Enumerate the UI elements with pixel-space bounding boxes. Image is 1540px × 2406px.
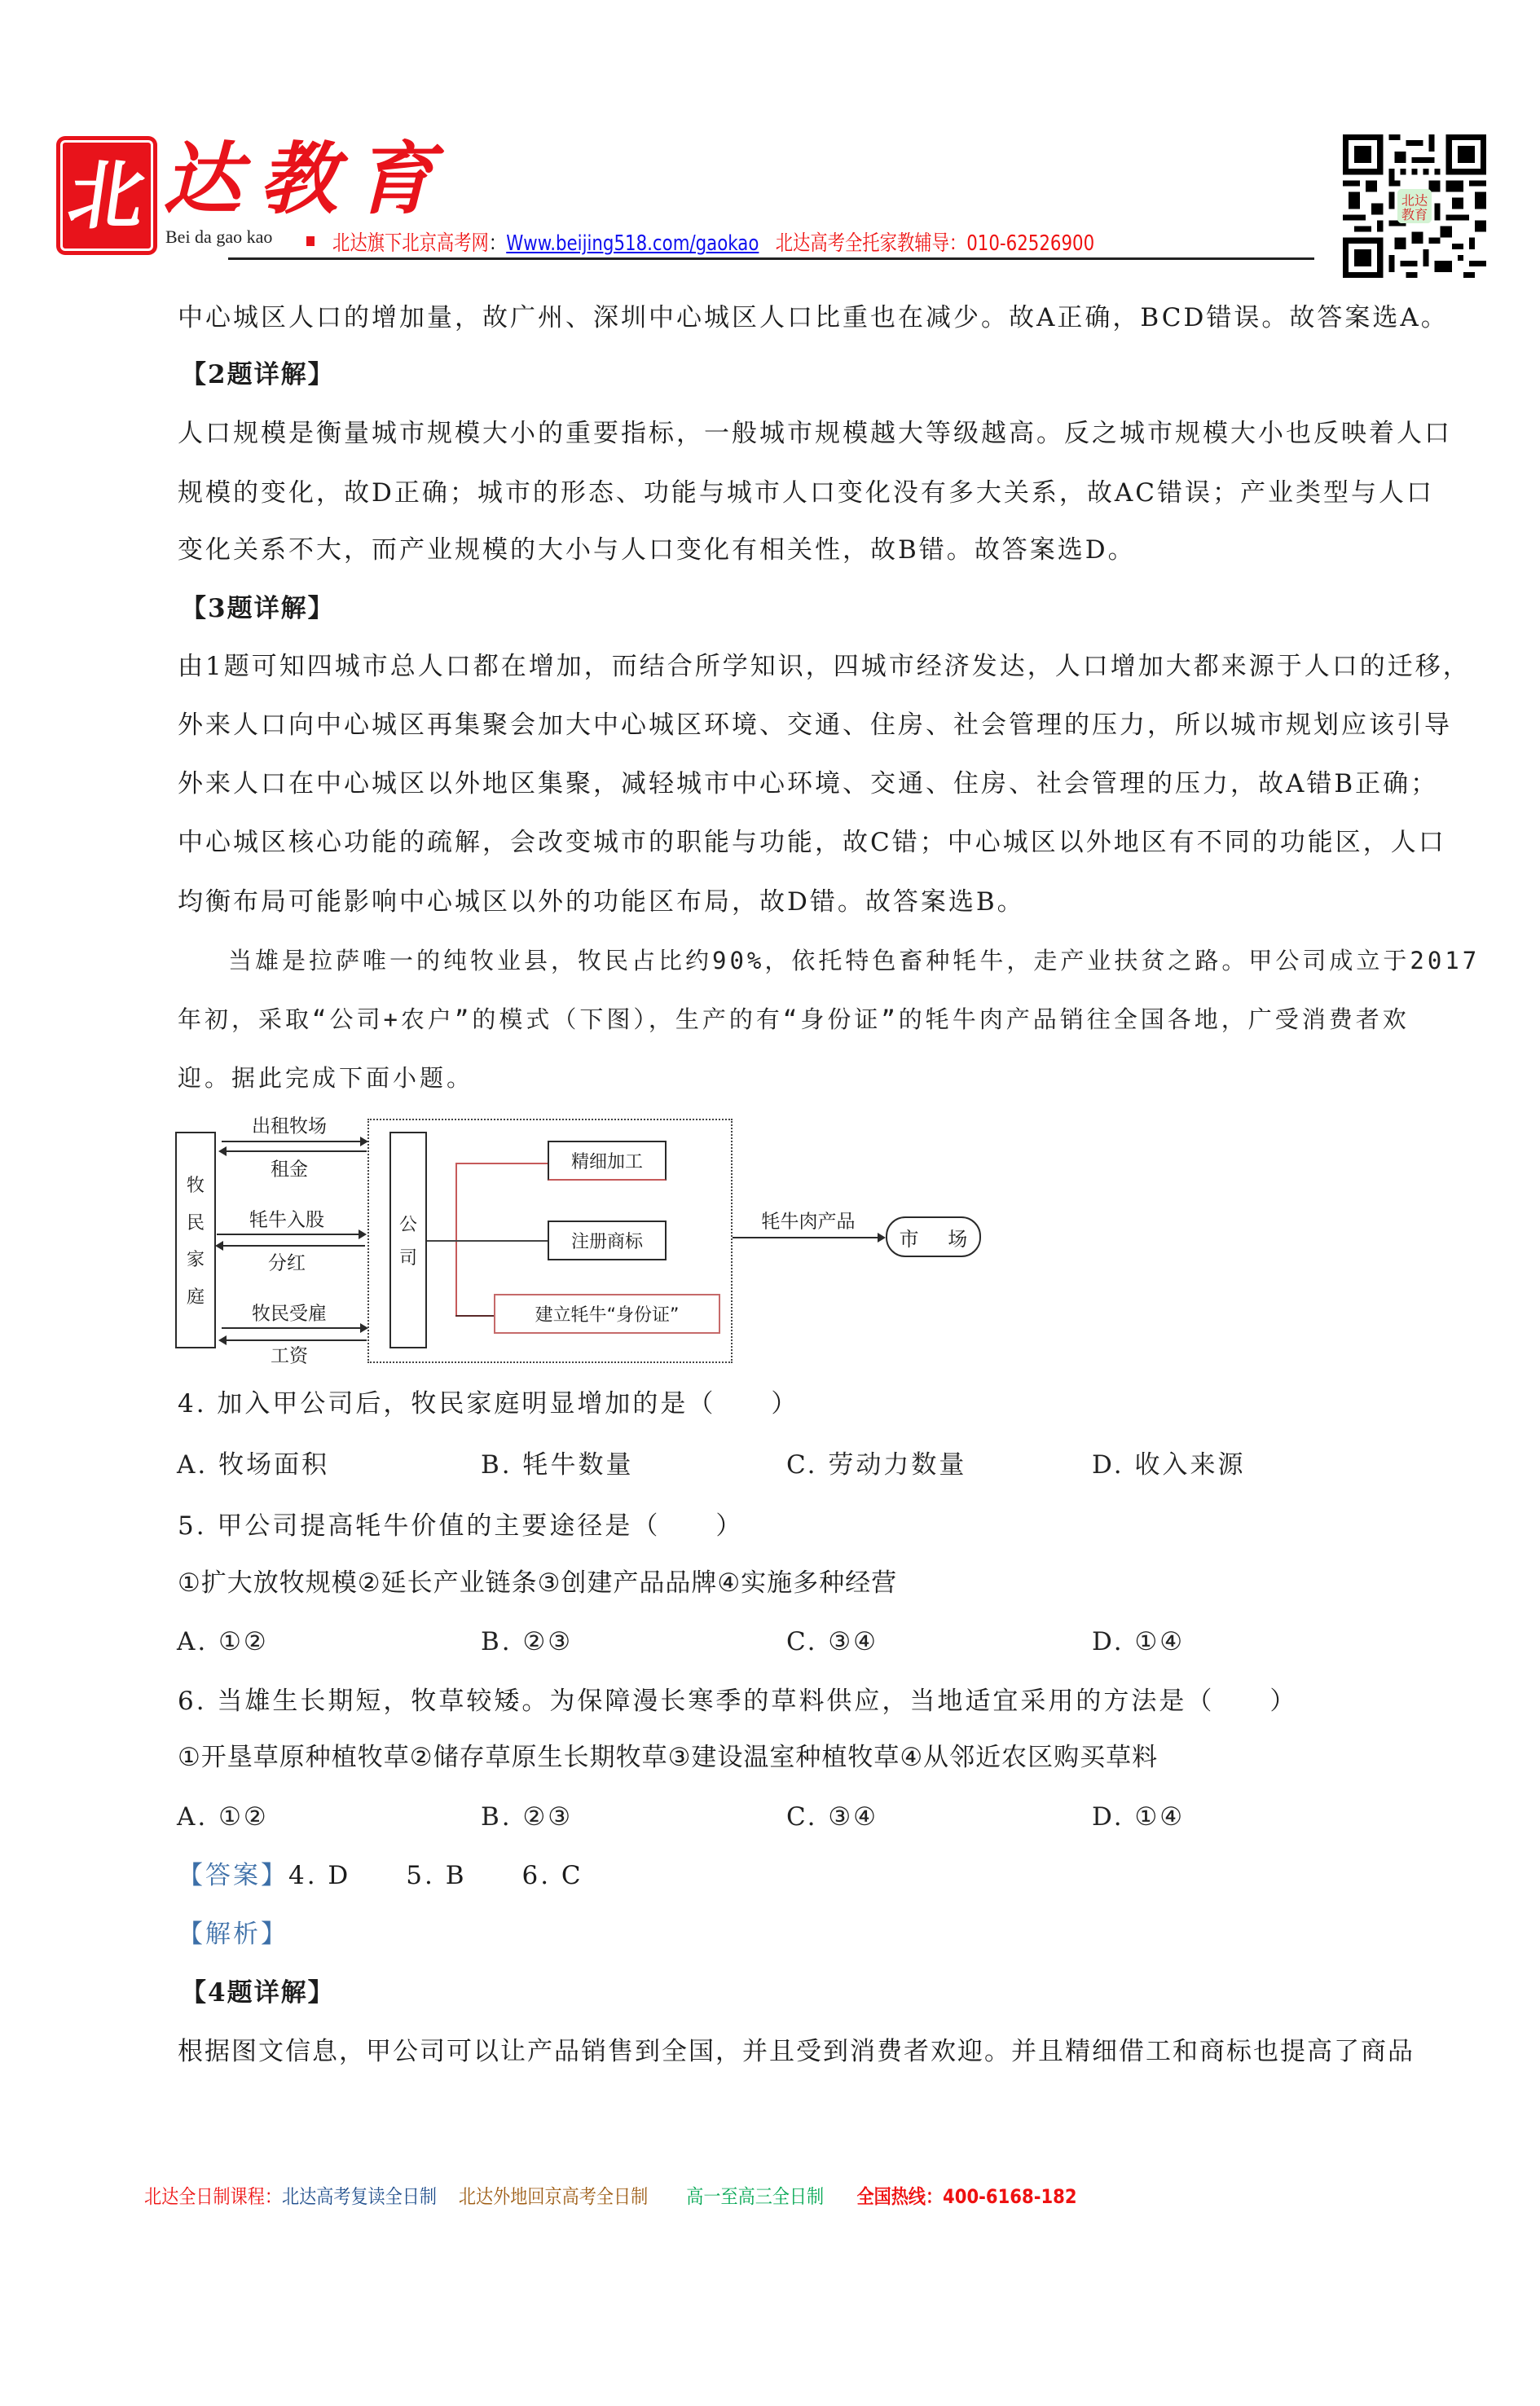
site-link[interactable]: Www.beijing518.com/gaokao [506, 231, 759, 256]
body-line: 人口规模是衡量城市规模大小的重要指标，一般城市规模越大等级越高。反之城市规模大小… [178, 417, 1452, 450]
analysis-label: 【解析】 [178, 1918, 288, 1951]
flow-label-dividend: 分红 [268, 1248, 306, 1275]
flow-label-herders-employed: 牧民受雇 [252, 1299, 327, 1326]
company-char: 司 [399, 1244, 417, 1269]
arrow-right-icon [733, 1237, 884, 1238]
connector-line [455, 1163, 548, 1164]
header-info: 北达旗下北京高考网：Www.beijing518.com/gaokao 北达高考… [332, 227, 1094, 257]
body-line: 由1题可知四城市总人口都在增加，而结合所学知识，四城市经济发达，人口增加大都来源… [178, 650, 1471, 683]
body-line: 中心城区人口的增加量，故广州、深圳中心城区人口比重也在减少。故A正确，BCD错误… [178, 301, 1449, 334]
footer-course-grades[interactable]: 高一至高三全日制 [686, 2185, 824, 2208]
activity-fine-processing: 精细加工 [548, 1141, 667, 1181]
connector-line [427, 1240, 455, 1242]
passage-line: 迎。据此完成下面小题。 [178, 1062, 473, 1094]
footer-course-repeat[interactable]: 北达高考复读全日制 [282, 2185, 437, 2208]
connector-line [455, 1240, 548, 1242]
arrow-right-icon [217, 1234, 365, 1235]
site-separator: ： [489, 231, 506, 256]
svg-text:教育: 教育 [1401, 207, 1428, 222]
tutor-phone: 010-62526900 [966, 231, 1094, 256]
body-line: 规模的变化，故D正确；城市的形态、功能与城市人口变化没有多大关系，故AC错误；产… [178, 477, 1434, 509]
qr-code-icon: 北达 教育 [1343, 134, 1486, 279]
body-line: 中心城区核心功能的疏解，会改变城市的职能与功能，故C错；中心城区以外地区有不同的… [178, 826, 1446, 859]
question-4-option-a[interactable]: A. 牧场面积 [177, 1449, 329, 1481]
question-4-option-c[interactable]: C. 劳动力数量 [786, 1449, 966, 1481]
question-4-option-d[interactable]: D. 收入来源 [1092, 1449, 1245, 1481]
question-4-stem: 4. 加入甲公司后，牧民家庭明显增加的是（ ） [178, 1388, 799, 1420]
section-heading-q2: 【2题详解】 [181, 358, 335, 391]
section-heading-q3: 【3题详解】 [181, 592, 335, 625]
company-char: 公 [399, 1211, 417, 1236]
logo-pinyin: Bei da gao kao [165, 227, 272, 248]
question-5-option-a[interactable]: A. ①② [177, 1625, 269, 1658]
flow-label-wages: 工资 [271, 1341, 308, 1368]
herder-family-char: 民 [187, 1209, 205, 1234]
herder-family-char: 庭 [187, 1283, 205, 1309]
flow-label-yak-shares: 牦牛入股 [249, 1205, 324, 1232]
arrow-right-icon [222, 1141, 367, 1142]
question-6-option-c[interactable]: C. ③④ [786, 1801, 878, 1833]
herder-family-char: 家 [187, 1246, 205, 1271]
passage-line: 年初，采取“公司+农户”的模式（下图），生产的有“身份证”的牦牛肉产品销往全国各… [178, 1003, 1410, 1036]
question-5-option-d[interactable]: D. ①④ [1092, 1625, 1185, 1658]
answer-label: 【答案】 [178, 1861, 288, 1890]
question-5-option-b[interactable]: B. ②③ [481, 1625, 573, 1658]
question-6-statements: ①开垦草原种植牧草②储存草原生长期牧草③建设温室种植牧草④从邻近农区购买草料 [178, 1741, 1158, 1774]
question-4-option-b[interactable]: B. 牦牛数量 [481, 1449, 634, 1481]
herder-family-box: 牧 民 家 庭 [175, 1132, 216, 1348]
activity-register-trademark: 注册商标 [548, 1221, 667, 1260]
site-label: 北达旗下北京高考网 [332, 231, 489, 256]
body-line: 外来人口在中心城区以外地区集聚，减轻城市中心环境、交通、住房、社会管理的压力，故… [178, 768, 1438, 800]
question-5-option-c[interactable]: C. ③④ [786, 1625, 878, 1658]
question-5-statements: ①扩大放牧规模②延长产业链条③创建产品品牌④实施多种经营 [178, 1567, 897, 1599]
arrow-right-icon [222, 1327, 367, 1329]
body-line: 变化关系不大，而产业规模的大小与人口变化有相关性，故B错。故答案选D。 [178, 534, 1136, 566]
logo-seal-char: 北 [64, 158, 150, 233]
activity-yak-id-card: 建立牦牛“身份证” [494, 1294, 720, 1334]
herder-family-char: 牧 [187, 1172, 205, 1197]
answer-row: 【答案】4. D 5. B 6. C [178, 1859, 583, 1892]
square-bullet-icon [306, 236, 315, 246]
logo-name: 达教育 [163, 139, 451, 220]
tutor-label: 北达高考全托家教辅导： [776, 231, 967, 256]
question-6-stem: 6. 当雄生长期短，牧草较矮。为保障漫长寒季的草料供应，当地适宜采用的方法是（ … [178, 1685, 1297, 1718]
header-divider [228, 257, 1314, 260]
connector-line [455, 1315, 494, 1317]
logo-seal: 北 [60, 140, 153, 251]
section-heading-q4: 【4题详解】 [181, 1977, 335, 2009]
market-node: 市 场 [886, 1216, 981, 1257]
question-5-stem: 5. 甲公司提高牦牛价值的主要途径是（ ） [178, 1510, 743, 1542]
body-line: 外来人口向中心城区再集聚会加大中心城区环境、交通、住房、社会管理的压力，所以城市… [178, 709, 1452, 741]
company-box: 公 司 [389, 1132, 427, 1348]
footer-banner: 北达全日制课程：北达高考复读全日制 北达外地回京高考全日制 高一至高三全日制 全… [144, 2180, 1077, 2209]
question-6-option-a[interactable]: A. ①② [177, 1801, 269, 1833]
footer-course-return-beijing[interactable]: 北达外地回京高考全日制 [459, 2185, 648, 2208]
analysis-text: 根据图文信息，甲公司可以让产品销售到全国，并且受到消费者欢迎。并且精细借工和商标… [178, 2035, 1415, 2068]
flow-label-lease-pasture: 出租牧场 [252, 1111, 327, 1138]
answer-values: 4. D 5. B 6. C [288, 1861, 583, 1890]
question-6-option-b[interactable]: B. ②③ [481, 1801, 573, 1833]
arrow-left-icon [217, 1245, 365, 1247]
svg-text:北达: 北达 [1401, 193, 1428, 209]
passage-line: 当雄是拉萨唯一的纯牧业县，牧民占比约90%，依托特色畜种牦牛，走产业扶贫之路。甲… [228, 944, 1480, 977]
flow-label-rent: 租金 [271, 1155, 308, 1181]
footer-hotline: 全国热线：400-6168-182 [856, 2185, 1076, 2208]
arrow-left-icon [220, 1150, 367, 1152]
footer-label: 北达全日制课程： [144, 2185, 282, 2208]
product-label: 牦牛肉产品 [762, 1207, 856, 1234]
body-line: 均衡布局可能影响中心城区以外的功能区布局，故D错。故答案选B。 [178, 886, 1025, 918]
question-6-option-d[interactable]: D. ①④ [1092, 1801, 1185, 1833]
